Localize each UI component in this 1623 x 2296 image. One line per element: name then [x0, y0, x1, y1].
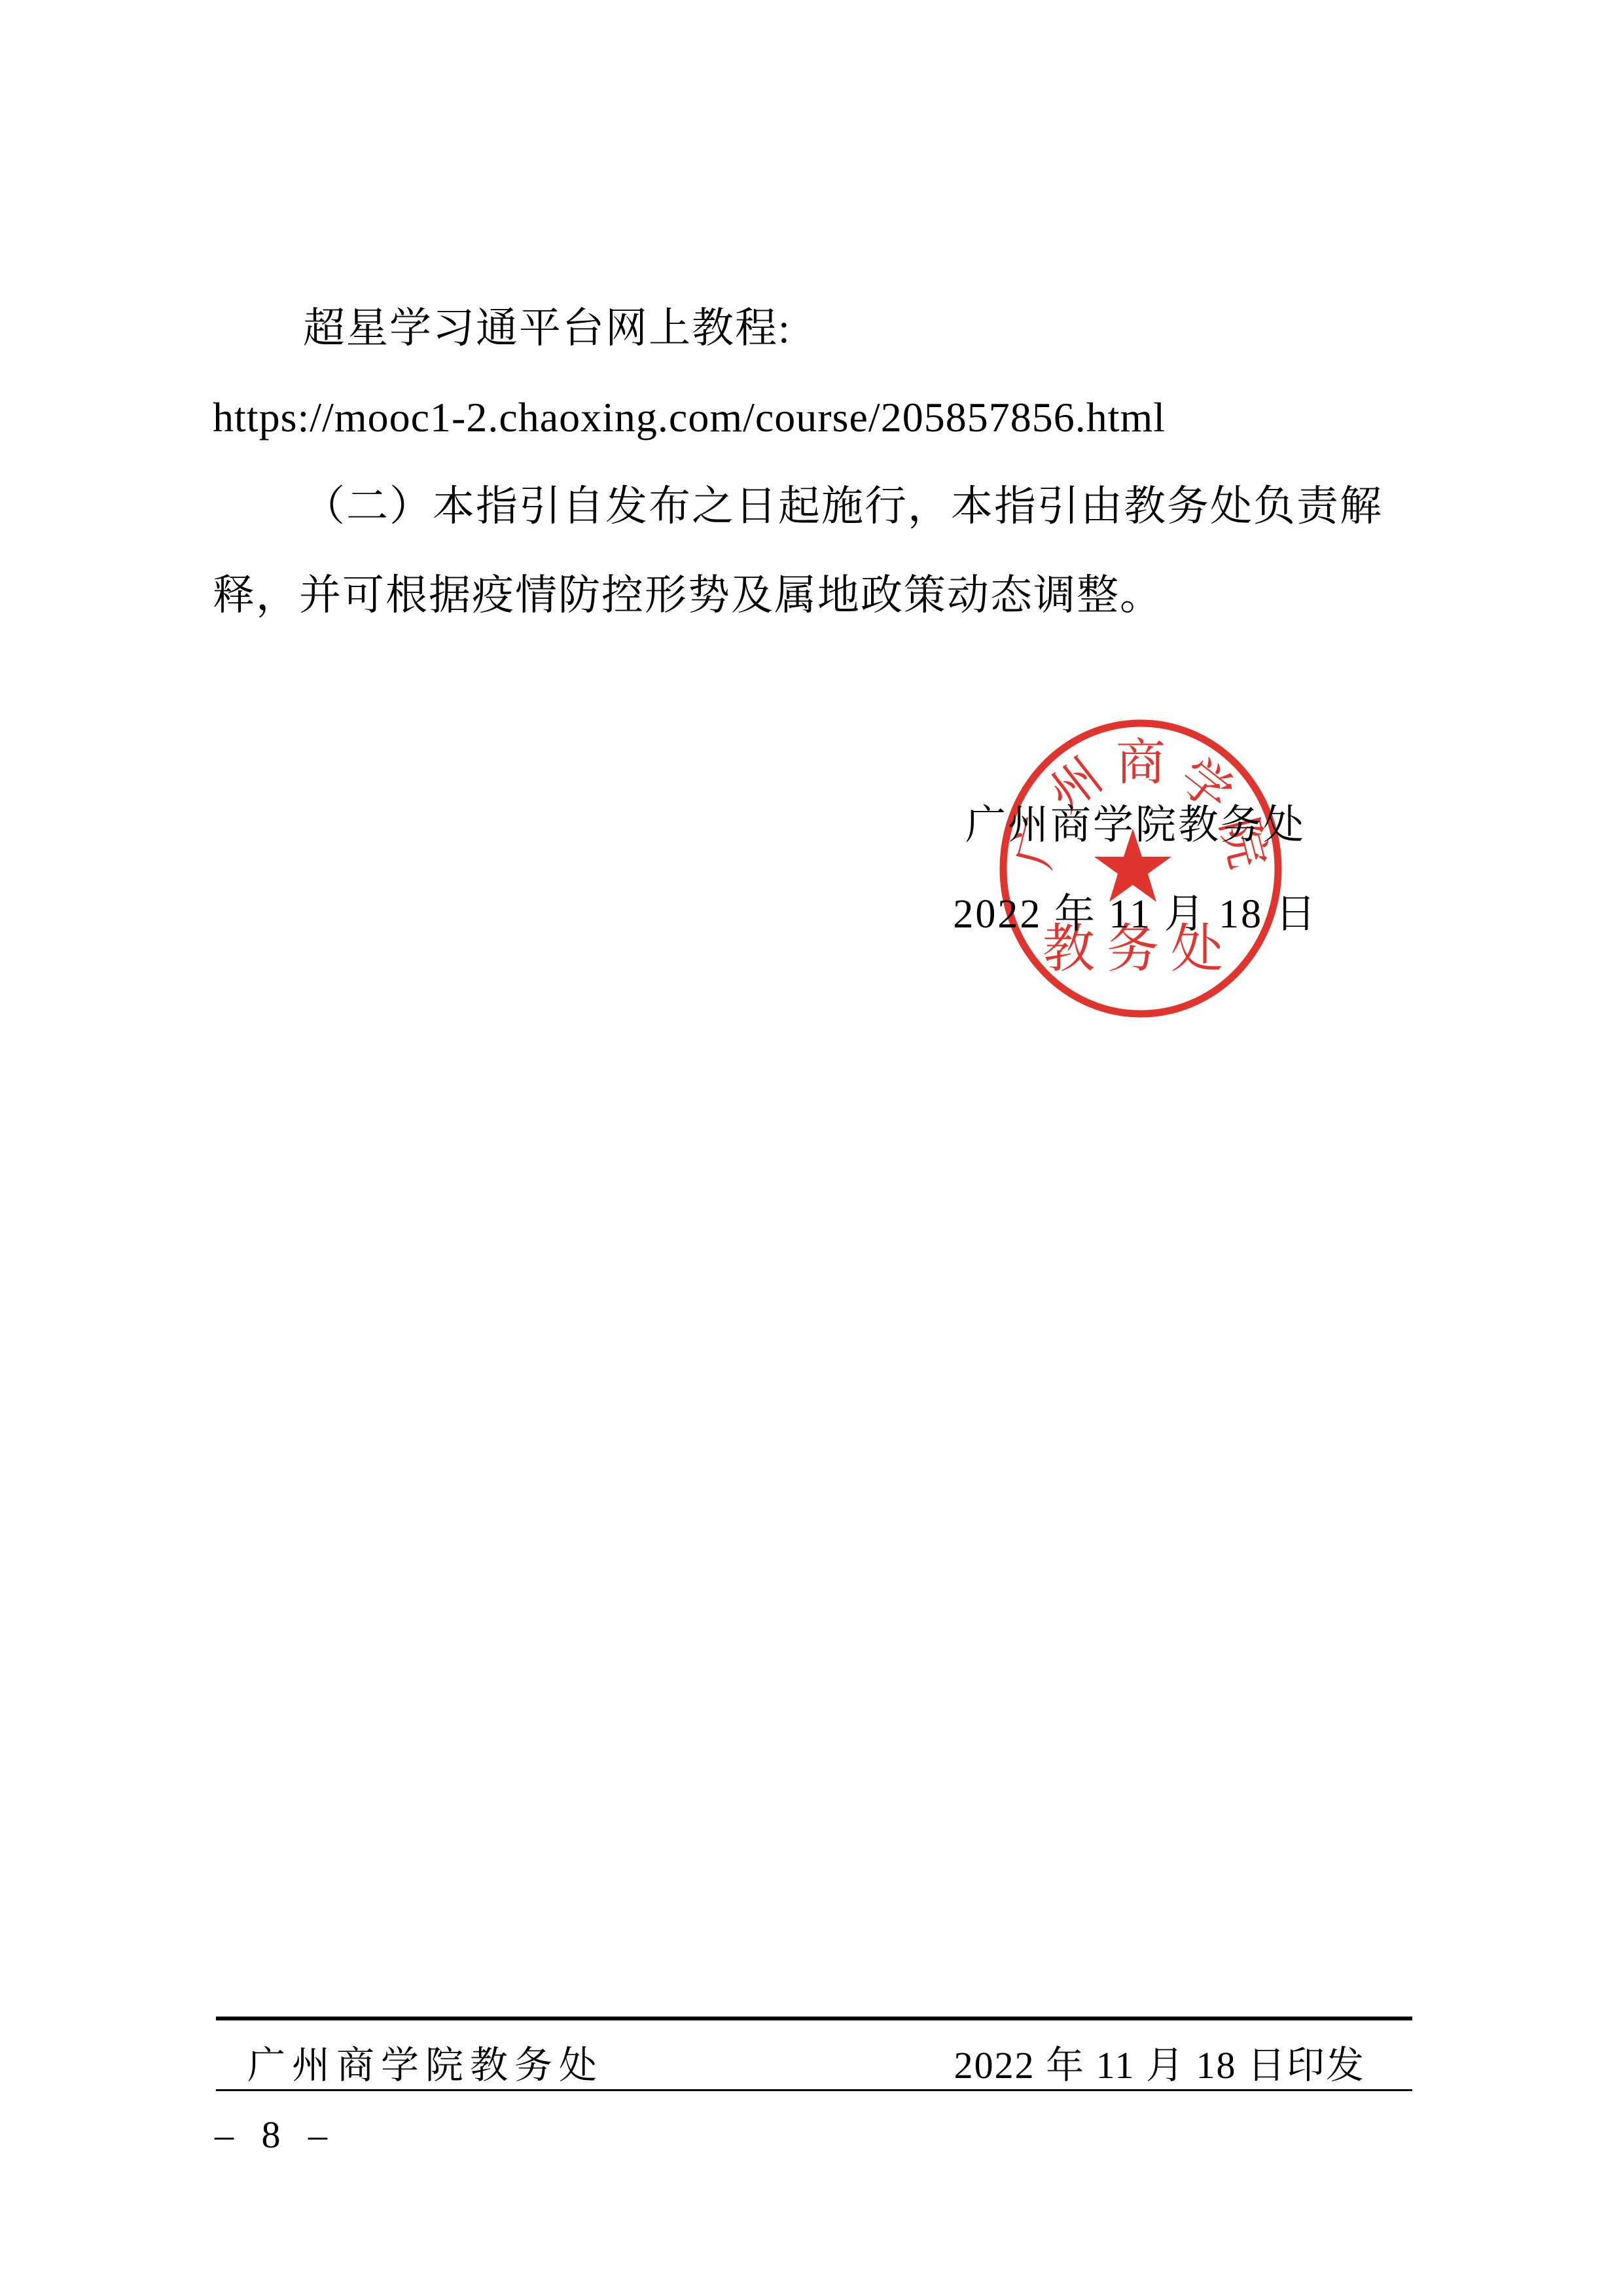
document-page: 超星学习通平台网上教程: https://mooc1-2.chaoxing.co… — [0, 0, 1623, 2296]
paragraph-line-1: （二）本指引自发布之日起施行，本指引由教务处负责解 — [213, 462, 1384, 551]
page-number: – 8 – — [215, 2113, 336, 2157]
body-text: 超星学习通平台网上教程: https://mooc1-2.chaoxing.co… — [213, 284, 1384, 640]
footer-row: 广州商学院教务处 2022 年 11 月 18 日印发 — [216, 2029, 1412, 2094]
tutorial-label-line: 超星学习通平台网上教程: — [213, 284, 1384, 373]
tutorial-url-line: https://mooc1-2.chaoxing.com/course/2058… — [213, 373, 1384, 462]
footer-issuer: 广州商学院教务处 — [247, 2034, 603, 2089]
footer-bottom-rule — [216, 2089, 1412, 2091]
signature-block: 广州商学院教务处 2022 年 11 月 18 日 — [949, 781, 1322, 959]
footer-print-date: 2022 年 11 月 18 日印发 — [954, 2034, 1365, 2089]
paragraph-line-2: 释，并可根据疫情防控形势及属地政策动态调整。 — [213, 551, 1384, 640]
signature-org: 广州商学院教务处 — [949, 781, 1322, 870]
footer-top-rule — [216, 2017, 1412, 2020]
signature-date: 2022 年 11 月 18 日 — [949, 870, 1322, 959]
